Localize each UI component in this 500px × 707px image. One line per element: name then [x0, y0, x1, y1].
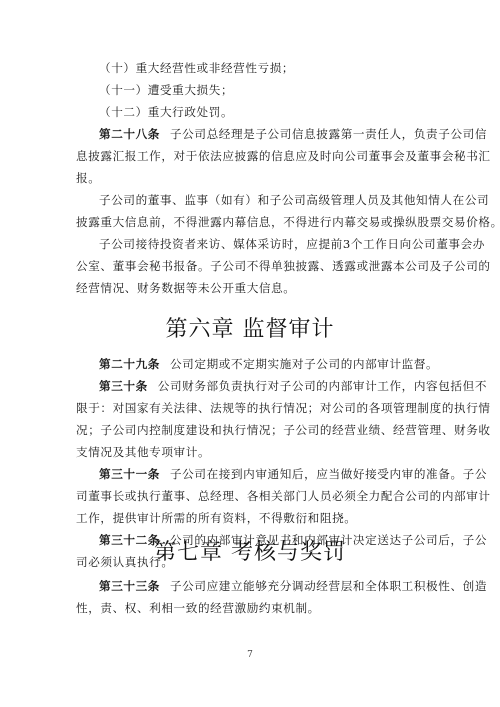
paragraph-line: 经营情况、财务数据等未公开重大信息。 — [76, 280, 296, 296]
paragraph-line: 况；子公司内控制度建设和执行情况；子公司的经营业绩、经营管理、财务收 — [76, 422, 491, 438]
page-number: 7 — [0, 650, 500, 660]
paragraph-line: 支情况及其他专项审计。 — [76, 444, 210, 460]
article-31: 第三十一条子公司在接到内审通知后，应当做好接受内审的准备。子公 — [99, 466, 487, 482]
chapter-heading: 第六章 监督审计 — [0, 312, 500, 343]
article-29: 第二十九条公司定期或不定期实施对子公司的内部审计监督。 — [99, 356, 438, 372]
paragraph-line: 披露重大信息前，不得泄露内幕信息，不得进行内幕交易或操纵股票交易价格。 — [76, 214, 500, 230]
article-30: 第三十条公司财务部负责执行对子公司的内部审计工作，内容包括但不 — [99, 378, 487, 394]
article-text: 子公司在接到内审通知后，应当做好接受内审的准备。子公 — [170, 467, 487, 481]
article-33: 第三十三条子公司应建立能够充分调动经营层和全体职工积极性、创造 — [99, 578, 487, 594]
article-text: 子公司应建立能够充分调动经营层和全体职工积极性、创造 — [170, 579, 487, 593]
paragraph-line: 公室、董事会秘书报备。子公司不得单独披露、透露或泄露本公司及子公司的 — [76, 258, 491, 274]
paragraph-line: 息披露汇报工作，对于依法应披露的信息应及时向公司董事会及董事会秘书汇 — [76, 148, 491, 164]
chapter-heading: 第七章 考核与奖罚 — [0, 535, 500, 566]
paragraph-line: 性，责、权、利相一致的经营激励约束机制。 — [76, 600, 320, 616]
paragraph-line: 子公司的董事、监事（如有）和子公司高级管理人员及其他知情人在公司 — [99, 192, 489, 208]
article-text: 公司财务部负责执行对子公司的内部审计工作，内容包括但不 — [158, 379, 487, 393]
article-28: 第二十八条子公司总经理是子公司信息披露第一责任人，负责子公司信 — [99, 126, 487, 142]
paragraph-line: 子公司接待投资者来访、媒体采访时，应提前3个工作日向公司董事会办 — [99, 236, 485, 252]
paragraph-line: 报。 — [76, 170, 100, 186]
paragraph-line: 限于：对国家有关法律、法规等的执行情况；对公司的各项管理制度的执行情 — [76, 400, 491, 416]
paragraph-line: 司董事长或执行董事、总经理、各相关部门人员必须全力配合公司的内部审计 — [76, 488, 491, 504]
list-item: （十二）重大行政处罚。 — [99, 104, 233, 120]
article-text: 子公司总经理是子公司信息披露第一责任人，负责子公司信 — [170, 127, 487, 141]
document-page: （十）重大经营性或非经营性亏损； （十一）遭受重大损失； （十二）重大行政处罚。… — [0, 0, 500, 707]
article-text: 公司定期或不定期实施对子公司的内部审计监督。 — [170, 357, 438, 371]
paragraph-line: 工作，提供审计所需的所有资料，不得敷衍和阻挠。 — [76, 510, 356, 526]
article-label: 第三十一条 — [99, 467, 160, 481]
article-label: 第二十九条 — [99, 357, 160, 371]
article-label: 第二十八条 — [99, 127, 160, 141]
article-label: 第三十三条 — [99, 579, 160, 593]
list-item: （十）重大经营性或非经营性亏损； — [99, 60, 294, 76]
article-label: 第三十条 — [99, 379, 148, 393]
list-item: （十一）遭受重大损失； — [99, 82, 233, 98]
